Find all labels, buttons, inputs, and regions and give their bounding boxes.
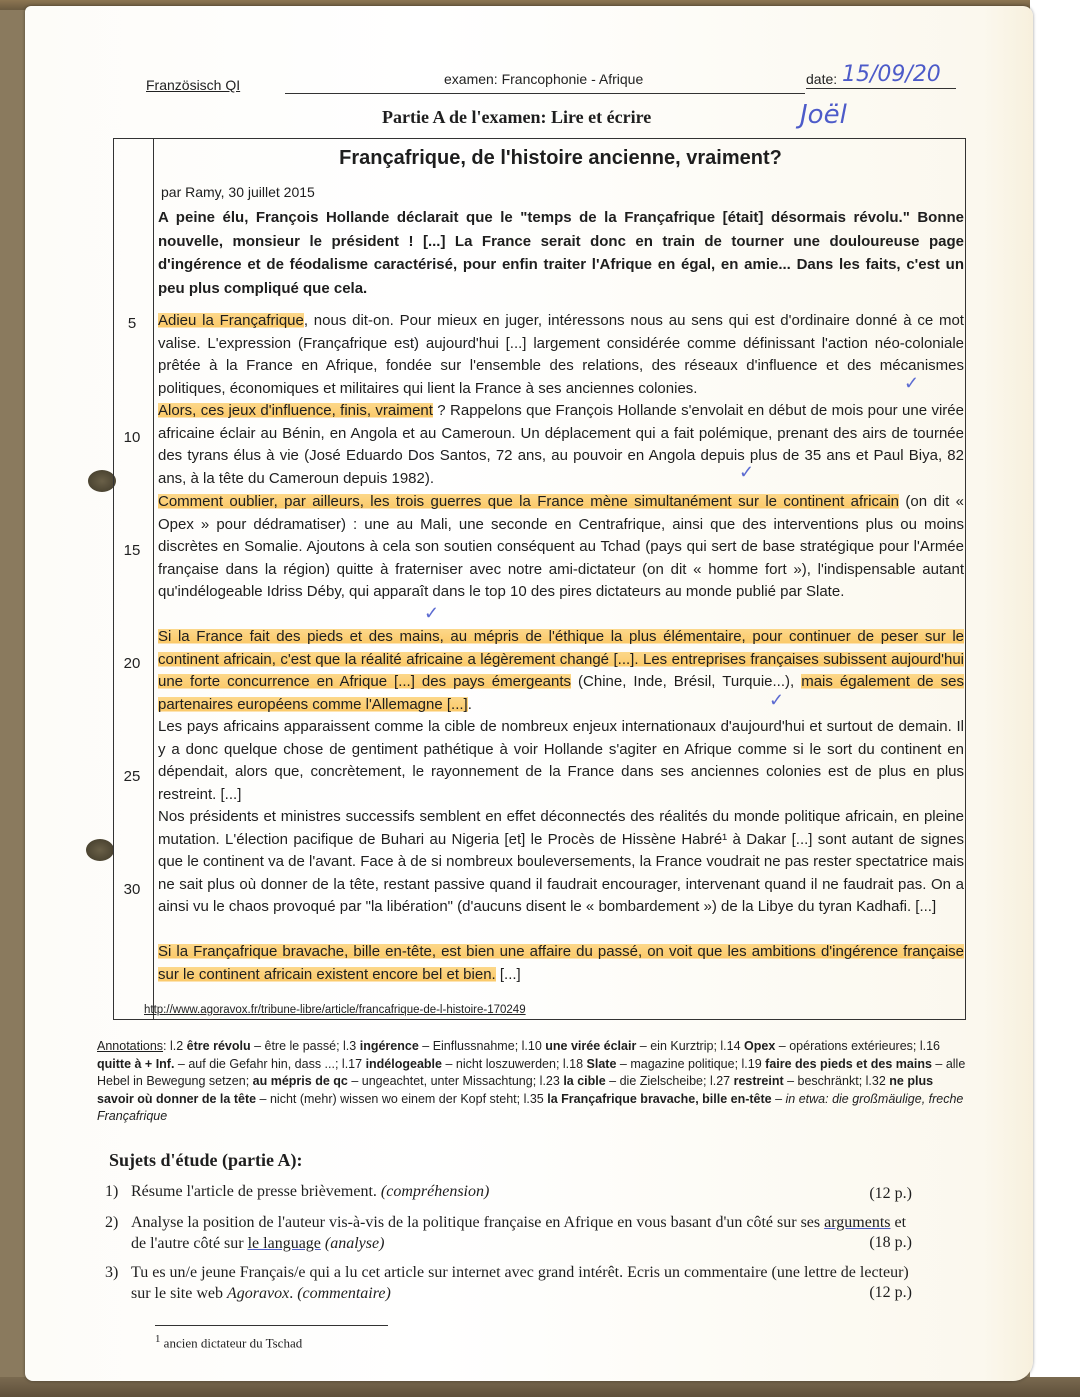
line-number-column: 5 10 15 20 25 30 <box>114 139 154 1019</box>
date-handwritten: 15/09/20 <box>842 62 941 87</box>
footnote-rule <box>155 1325 388 1326</box>
annotations: Annotations: l.2 être révolu – être le p… <box>97 1038 967 1126</box>
tasks-heading: Sujets d'étude (partie A): <box>109 1150 302 1171</box>
footnote: 1 ancien dictateur du Tschad <box>155 1333 302 1351</box>
highlighted-text: Adieu la Françafrique <box>158 312 304 329</box>
article-paragraph: Alors, ces jeux d'influence, finis, vrai… <box>158 400 964 490</box>
checkmark-icon: ✓ <box>769 690 784 711</box>
date-rule <box>806 88 956 89</box>
checkmark-icon: ✓ <box>904 373 919 394</box>
highlighted-text: Alors, ces jeux d'influence, finis, vrai… <box>158 402 433 419</box>
article-paragraph: Si la France fait des pieds et des mains… <box>158 626 964 716</box>
subject-label: Französisch QI <box>146 77 240 93</box>
article-title: Françafrique, de l'histoire ancienne, vr… <box>156 147 965 170</box>
task-points: (18 p.) <box>869 1234 912 1252</box>
highlighted-text: Comment oublier, par ailleurs, les trois… <box>158 493 899 510</box>
article-paragraph: Nos présidents et ministres successifs s… <box>158 806 964 919</box>
article-intro: A peine élu, François Hollande déclarait… <box>158 206 964 300</box>
background-right <box>1030 0 1080 1397</box>
article-paragraph: Adieu la Françafrique, nous dit-on. Pour… <box>158 310 964 400</box>
article-paragraph: Les pays africains apparaissent comme la… <box>158 716 964 806</box>
checkmark-icon: ✓ <box>424 603 439 624</box>
line-number: 15 <box>118 542 146 559</box>
article-box: 5 10 15 20 25 30 Françafrique, de l'hist… <box>113 138 966 1020</box>
punch-hole-icon <box>88 470 116 492</box>
article-paragraph: Comment oublier, par ailleurs, les trois… <box>158 491 964 604</box>
highlighted-text: Si la Françafrique bravache, bille en-tê… <box>158 943 964 983</box>
article-byline: par Ramy, 30 juillet 2015 <box>161 184 315 200</box>
date-label: date: <box>806 71 837 87</box>
line-number: 25 <box>118 768 146 785</box>
task-points: (12 p.) <box>869 1185 912 1203</box>
header-rule <box>285 93 805 94</box>
student-name-handwritten: Joël <box>800 100 847 130</box>
task-points: (12 p.) <box>869 1284 912 1302</box>
article-paragraph: Si la Françafrique bravache, bille en-tê… <box>158 941 964 986</box>
part-title: Partie A de l'examen: Lire et écrire <box>382 107 651 128</box>
checkmark-icon: ✓ <box>739 462 754 483</box>
line-number: 10 <box>118 429 146 446</box>
line-number: 20 <box>118 655 146 672</box>
exam-title: examen: Francophonie - Afrique <box>444 71 643 87</box>
line-number: 5 <box>118 315 146 332</box>
source-link[interactable]: http://www.agoravox.fr/tribune-libre/art… <box>144 1004 526 1016</box>
line-number: 30 <box>118 881 146 898</box>
punch-hole-icon <box>86 839 114 861</box>
